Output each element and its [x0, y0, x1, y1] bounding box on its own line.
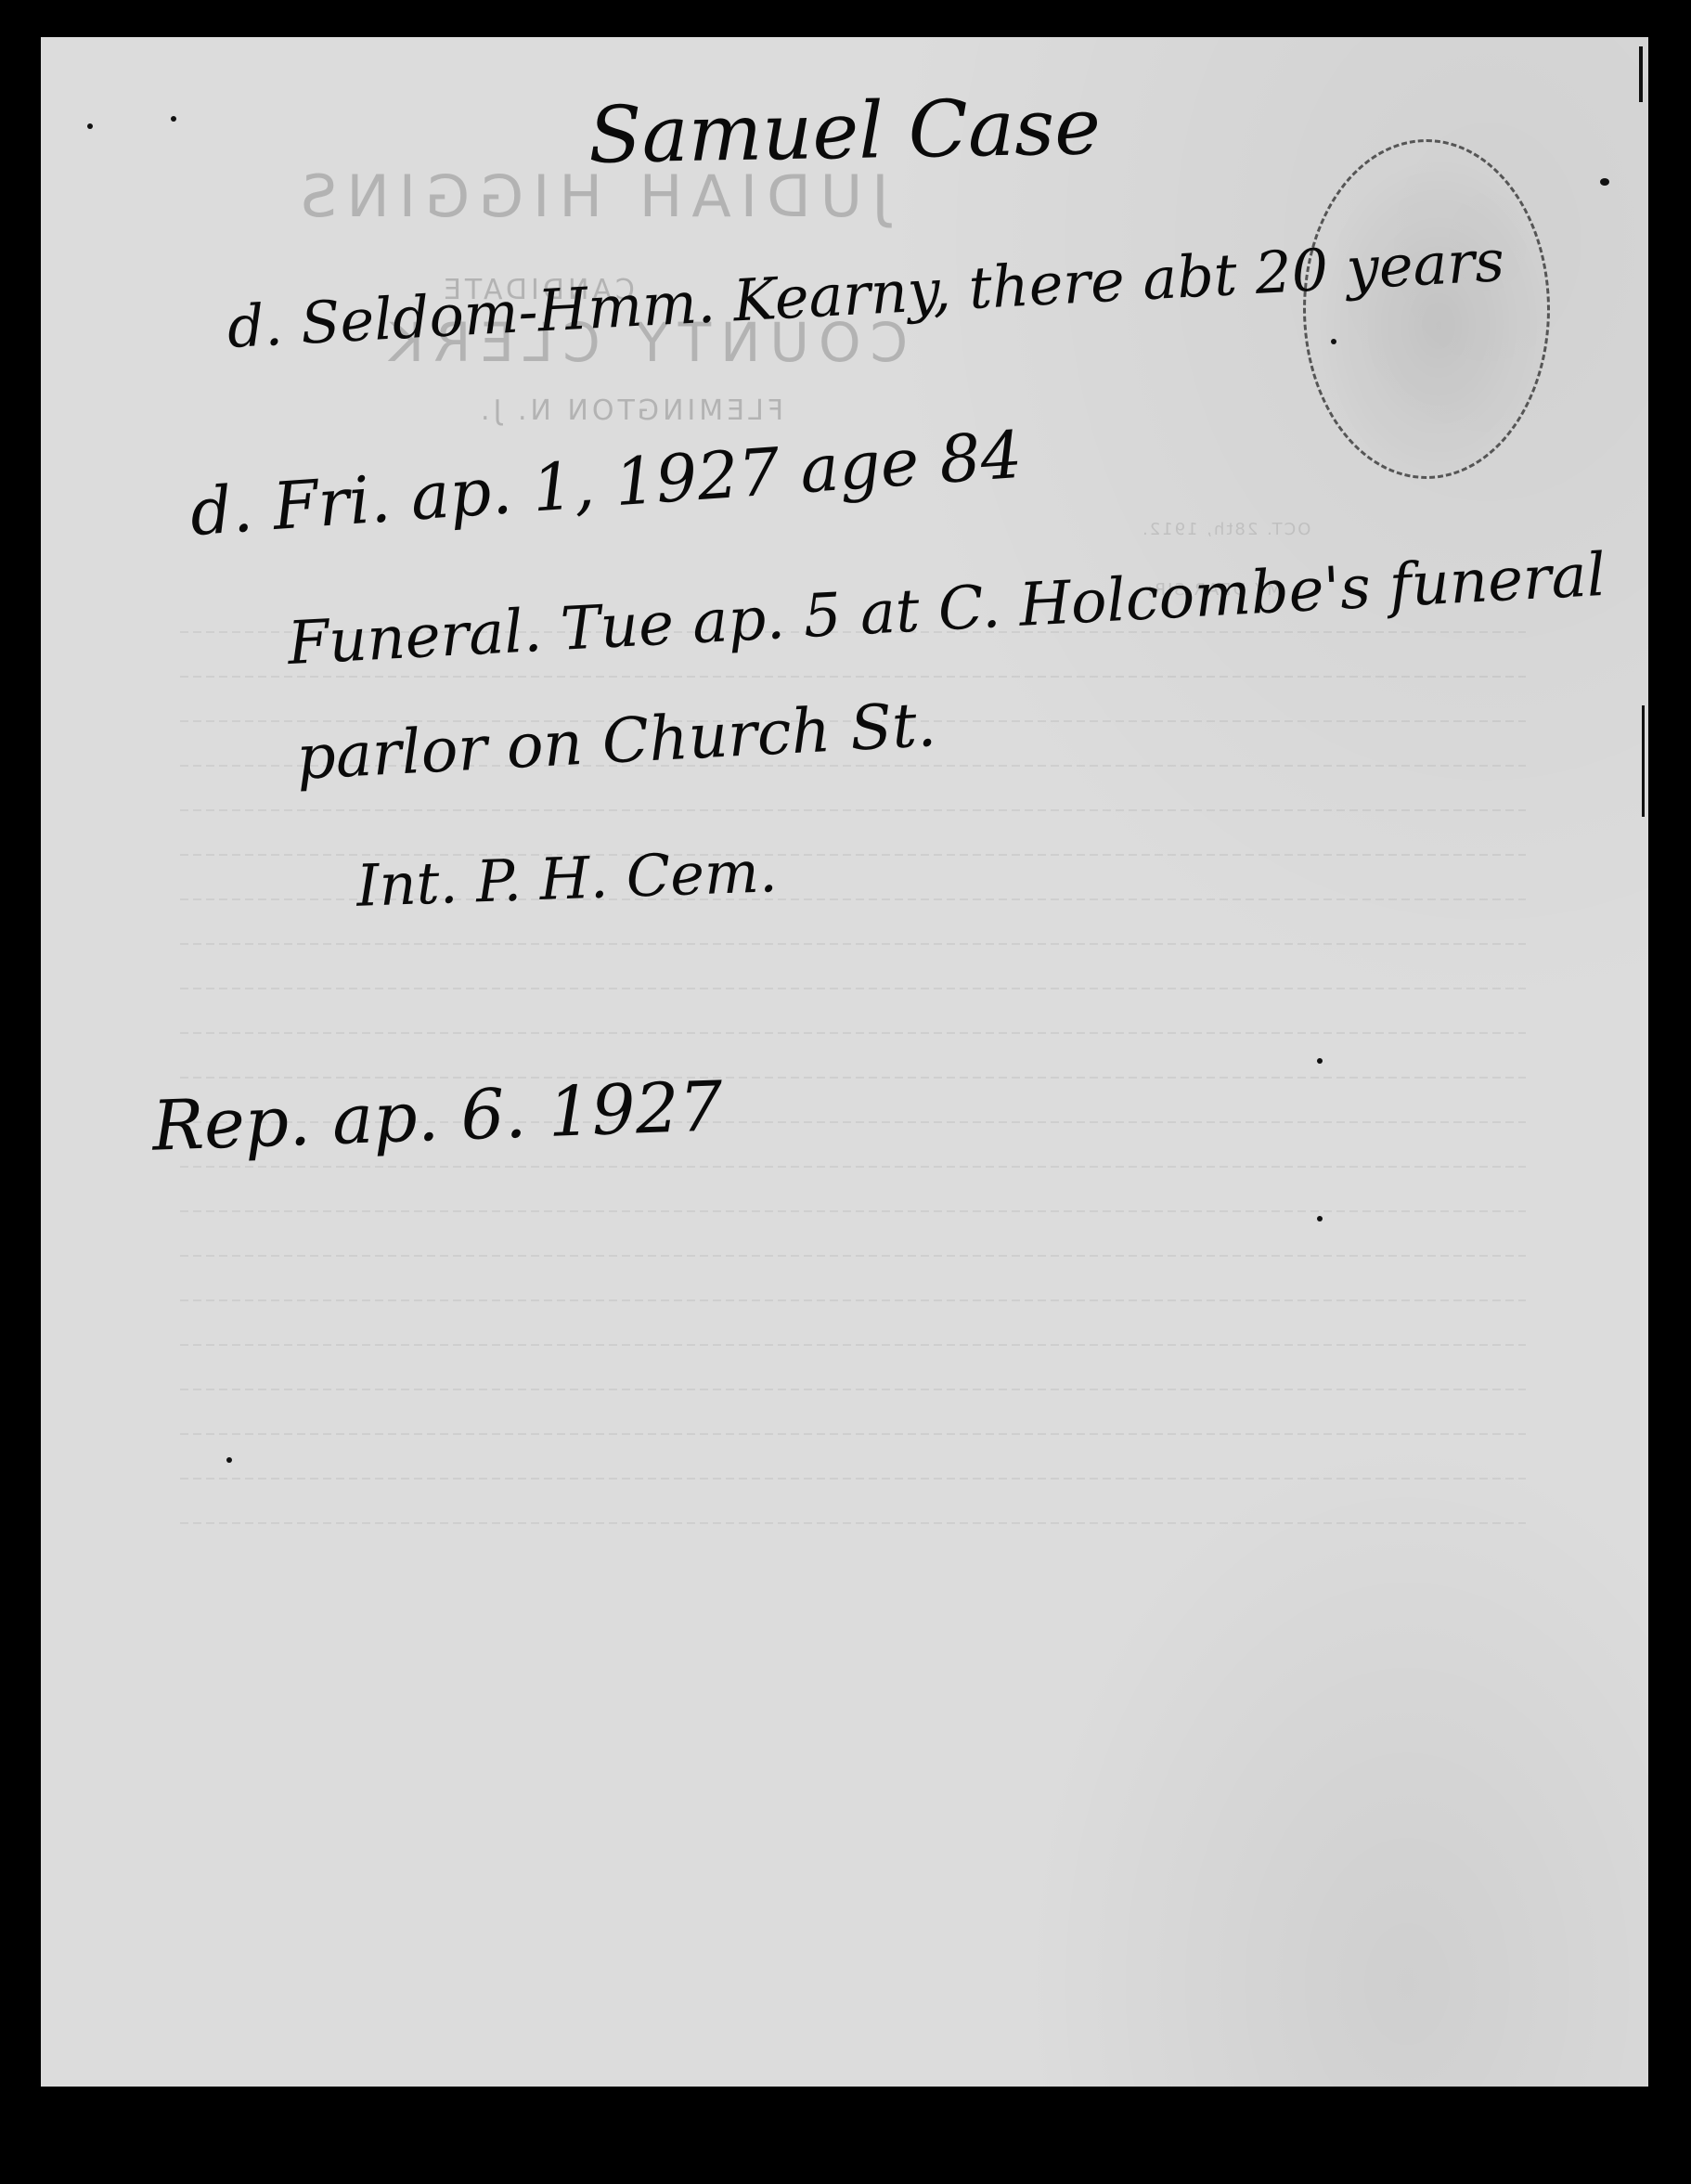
ink-speck	[226, 1457, 232, 1463]
funeral-line-2: parlor on Church St.	[294, 689, 937, 794]
letterhead-town: FLEMINGTON N. J.	[477, 394, 783, 427]
edge-mark	[1642, 705, 1645, 817]
interment-line: Int. P. H. Cem.	[355, 837, 779, 920]
death-date-line: d. Fri. ap. 1, 1927 age 84	[187, 417, 1025, 550]
letterhead-date: OCT. 28th, 1912.	[1141, 520, 1310, 539]
edge-mark	[1639, 46, 1643, 102]
portrait-oval	[1303, 139, 1550, 479]
ink-speck	[171, 116, 176, 122]
funeral-line-1: Funeral. Tue ap. 5 at C. Holcombe's fune…	[286, 541, 1607, 678]
ink-speck	[1331, 339, 1336, 344]
document-page: JUDIAH HIGGINS CANDIDATE COUNTY CLERK FL…	[41, 37, 1648, 2087]
reported-date-line: Rep. ap. 6. 1927	[151, 1066, 725, 1166]
ink-speck	[1600, 178, 1609, 186]
ink-speck	[1317, 1058, 1323, 1064]
subject-name: Samuel Case	[587, 81, 1101, 181]
ink-speck	[1317, 1216, 1323, 1221]
ink-speck	[87, 123, 93, 129]
